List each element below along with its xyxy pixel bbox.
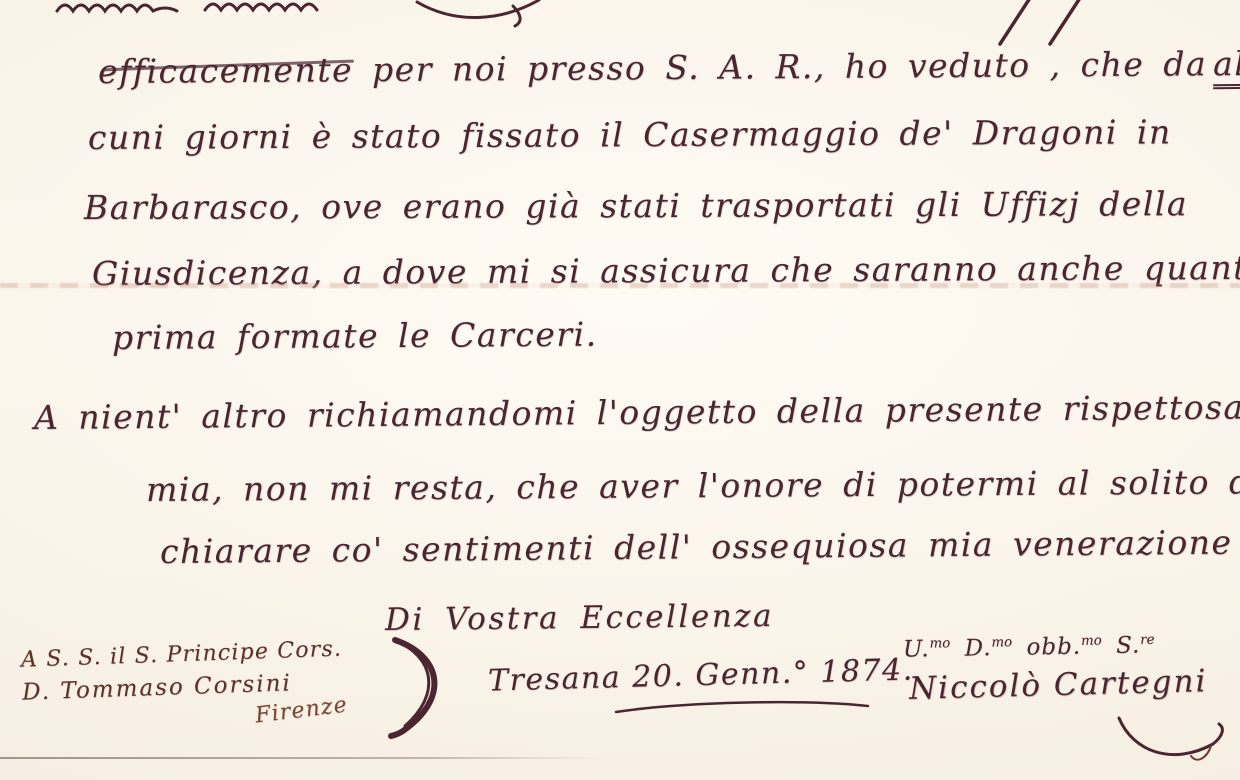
cropped-handwriting-fragment-middle [415,0,545,28]
honorific-umo: U.mo [903,636,951,663]
handwritten-line-5: prima formate le Carceri. [112,315,598,357]
handwritten-line-2: cuni giorni è stato fissato il Casermagg… [88,112,1172,157]
honorific-obbmo: obb.mo [1026,633,1102,660]
cropped-handwriting-fragment-right [990,0,1110,46]
handwritten-line-1: efficacemente per noi presso S. A. R., h… [98,44,1240,91]
signature-honorifics: U.mo D.mo obb.mo S.re [903,631,1208,662]
handwritten-line-8: chiarare co' sentimenti dell' ossequiosa… [160,523,1233,571]
valediction: Di Vostra Eccellenza [385,598,774,638]
handwritten-line-6: A nient' altro richiamandomi l'oggetto d… [34,387,1240,437]
address-bracket-flourish [383,634,455,742]
signature-block: U.mo D.mo obb.mo S.re Niccolò Cartegni [903,634,1207,703]
honorific-dmo: D.mo [964,635,1012,662]
signature-name: Niccolò Cartegni [909,663,1208,707]
address-line-1: A S. S. il S. Principe Cors. [21,636,347,672]
signature-tail-flourish [1115,714,1235,774]
bottom-fold-line [0,757,600,759]
place-date-line: Tresana 20. Genn.° 1874. [488,652,914,698]
handwritten-line-7: mia, non mi resta, che aver l'onore di p… [146,462,1240,509]
date-underline-flourish [612,698,874,718]
address-line-3: Firenze [254,692,349,728]
handwritten-line-3: Barbarasco, ove erano già stati trasport… [84,184,1188,227]
line-1-text: efficacemente per noi presso S. A. R., h… [98,44,1207,91]
letter-scan-page: efficacemente per noi presso S. A. R., h… [0,0,1240,780]
recipient-address-block: A S. S. il S. Principe Cors. D. Tommaso … [21,636,349,732]
hyphenated-word-al: al [1213,44,1240,89]
paper-fold-crease [0,283,1240,288]
cropped-handwriting-fragment-left [55,0,355,16]
honorific-servitore: S.re [1116,632,1155,659]
